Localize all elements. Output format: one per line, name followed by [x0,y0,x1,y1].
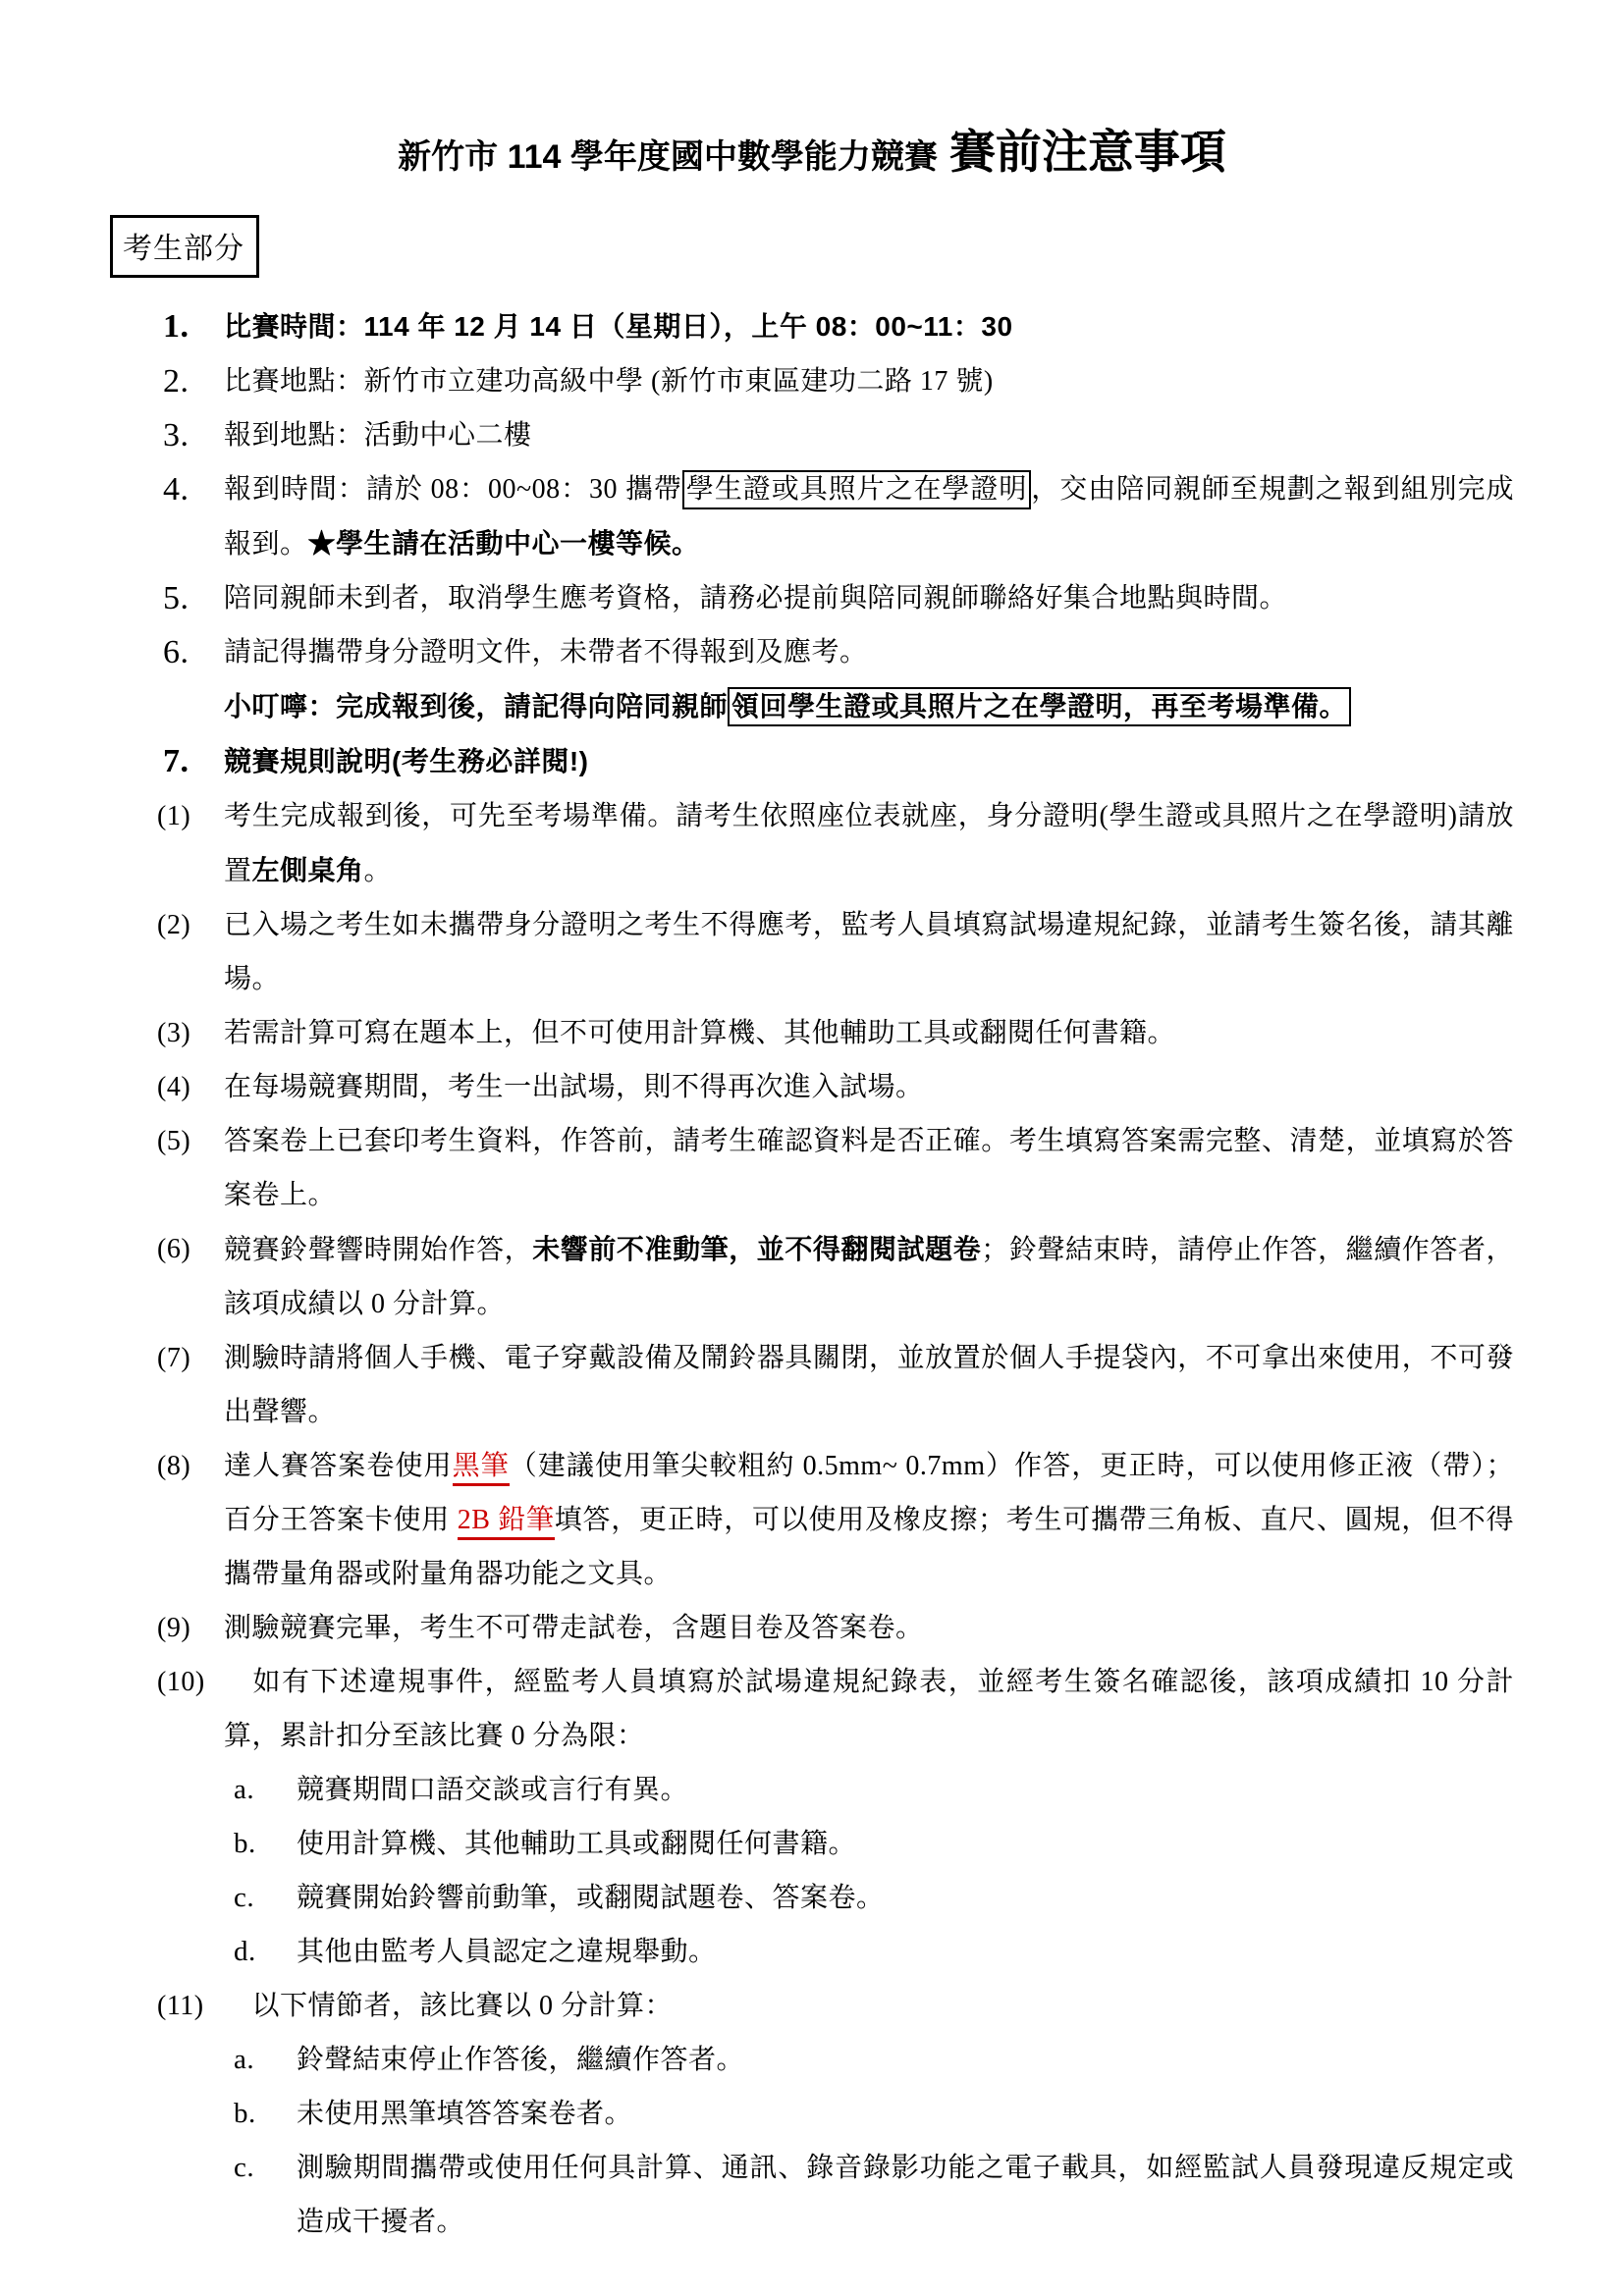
list-item: (9)測驗競賽完畢，考生不可帶走試卷，含題目卷及答案卷。 [0,1601,1514,1655]
item-text: 答案卷上已套印考生資料，作答前，請考生確認資料是否正確。考生填寫答案需完整、清楚… [224,1126,1514,1210]
text-segment: 使用計算機、其他輔助工具或翻閱任何書籍。 [297,1829,856,1859]
styled-segment: 未響前不准動筆，並不得翻閱試題卷 [532,1234,981,1264]
item-marker: (2) [157,898,190,952]
item-text: 測驗競賽完畢，考生不可帶走試卷，含題目卷及答案卷。 [224,1613,924,1643]
text-segment: 競賽開始鈴響前動筆，或翻閱試題卷、答案卷。 [297,1883,885,1913]
list-item: b.未使用黑筆填答答案卷者。 [0,2087,1514,2141]
item-text: 比賽地點：新竹市立建功高級中學 (新竹市東區建功二路 17 號) [224,366,994,397]
item-text: 競賽期間口語交談或言行有異。 [297,1775,688,1805]
item-text: 如有下述違規事件，經監考人員填寫於試場違規紀錄表，並經考生簽名確認後，該項成績扣… [224,1667,1514,1751]
text-segment: 以下情節者，該比賽以 0 分計算： [224,1991,673,2021]
document-page: 新竹市 114 學年度國中數學能力競賽賽前注意事項 考生部分 1.比賽時間：11… [0,0,1624,2296]
item-marker: a. [234,1763,254,1817]
list-item: d.其他由監考人員認定之違規舉動。 [0,1925,1514,1979]
styled-segment: 領回學生證或具照片之在學證明，再至考場準備。 [728,687,1351,726]
text-segment: 比賽時間：114 年 12 月 14 日（星期日），上午 08：00~11：30 [224,311,1013,342]
item-text: 請記得攜帶身分證明文件，未帶者不得報到及應考。 [224,637,868,667]
item-text: 陪同親師未到者，取消學生應考資格，請務必提前與陪同親師聯絡好集合地點與時間。 [224,583,1287,614]
list-item: (4)在每場競賽期間，考生一出試場，則不得再次進入試場。 [0,1060,1514,1114]
text-segment: 。 [364,856,393,886]
item-marker: 1. [163,299,189,353]
title-main: 新竹市 114 學年度國中數學能力競賽 [398,138,938,176]
list-item: (2)已入場之考生如未攜帶身分證明之考生不得應考，監考人員填寫試場違規紀錄，並請… [0,898,1514,1006]
text-segment: 競賽期間口語交談或言行有異。 [297,1775,688,1805]
item-text: 報到地點：活動中心二樓 [224,420,532,451]
item-marker: (10) [157,1655,205,1709]
list-item: c.競賽開始鈴響前動筆，或翻閱試題卷、答案卷。 [0,1871,1514,1925]
item-text: 競賽鈴聲響時開始作答，未響前不准動筆，並不得翻閱試題卷；鈴聲結束時，請停止作答，… [224,1235,1514,1319]
list-item: (11) 以下情節者，該比賽以 0 分計算： [0,1979,1514,2033]
item-marker: a. [234,2033,254,2087]
text-segment: 陪同親師未到者，取消學生應考資格，請務必提前與陪同親師聯絡好集合地點與時間。 [224,583,1287,614]
item-text: 鈴聲結束停止作答後，繼續作答者。 [297,2045,744,2075]
list-item: b.使用計算機、其他輔助工具或翻閱任何書籍。 [0,1817,1514,1871]
item-marker: 6. [163,625,189,679]
item-marker: 3. [163,408,189,462]
list-item: (10) 如有下述違規事件，經監考人員填寫於試場違規紀錄表，並經考生簽名確認後，… [0,1655,1514,1763]
item-marker: (7) [157,1331,190,1385]
item-marker: 5. [163,571,189,625]
list-item: 5.陪同親師未到者，取消學生應考資格，請務必提前與陪同親師聯絡好集合地點與時間。 [0,571,1514,625]
list-item: a.競賽期間口語交談或言行有異。 [0,1763,1514,1817]
list-item: (6)競賽鈴聲響時開始作答，未響前不准動筆，並不得翻閱試題卷；鈴聲結束時，請停止… [0,1222,1514,1331]
list-item: (7)測驗時請將個人手機、電子穿戴設備及鬧鈴器具關閉，並放置於個人手提袋內，不可… [0,1331,1514,1439]
text-segment: 答案卷上已套印考生資料，作答前，請考生確認資料是否正確。考生填寫答案需完整、清楚… [224,1126,1514,1210]
item-marker: (11) [157,1979,204,2033]
page-title: 新竹市 114 學年度國中數學能力競賽賽前注意事項 [0,0,1624,193]
styled-segment: ★學生請在活動中心一樓等候。 [308,528,700,559]
text-segment: 達人賽答案卷使用 [224,1451,453,1481]
item-text: 未使用黑筆填答答案卷者。 [297,2099,632,2129]
item-marker: c. [234,2141,254,2195]
text-segment: 請記得攜帶身分證明文件，未帶者不得報到及應考。 [224,637,868,667]
item-marker: b. [234,1817,256,1871]
list-item: (3)若需計算可寫在題本上，但不可使用計算機、其他輔助工具或翻閱任何書籍。 [0,1006,1514,1060]
item-text: 測驗期間攜帶或使用任何具計算、通訊、錄音錄影功能之電子載具，如經監試人員發現違反… [297,2153,1514,2237]
text-segment: 若需計算可寫在題本上，但不可使用計算機、其他輔助工具或翻閱任何書籍。 [224,1018,1175,1048]
text-segment: 測驗時請將個人手機、電子穿戴設備及鬧鈴器具關閉，並放置於個人手提袋內，不可拿出來… [224,1343,1514,1427]
text-segment: 比賽地點：新竹市立建功高級中學 (新竹市東區建功二路 17 號) [224,366,994,397]
item-marker: (5) [157,1114,190,1168]
item-text: 報到時間：請於 08：00~08：30 攜帶學生證或具照片之在學證明，交由陪同親… [224,474,1514,560]
item-marker: (8) [157,1439,190,1493]
item-marker: d. [234,1925,256,1979]
item-text: 競賽規則說明(考生務必詳閱!) [224,746,588,776]
item-text: 競賽開始鈴響前動筆，或翻閱試題卷、答案卷。 [297,1883,885,1913]
item-text: 考生完成報到後，可先至考場準備。請考生依照座位表就座，身分證明(學生證或具照片之… [224,801,1514,886]
section-label-box: 考生部分 [110,215,259,278]
item-text: 測驗時請將個人手機、電子穿戴設備及鬧鈴器具關閉，並放置於個人手提袋內，不可拿出來… [224,1343,1514,1427]
item-text: 使用計算機、其他輔助工具或翻閱任何書籍。 [297,1829,856,1859]
item-text: 比賽時間：114 年 12 月 14 日（星期日），上午 08：00~11：30 [224,311,1013,342]
text-segment: 報到時間：請於 08：00~08：30 攜帶 [224,474,682,505]
item-marker: (6) [157,1222,190,1276]
item-text: 達人賽答案卷使用黑筆（建議使用筆尖較粗約 0.5mm~ 0.7mm）作答，更正時… [224,1451,1514,1589]
list-item: 2.比賽地點：新竹市立建功高級中學 (新竹市東區建功二路 17 號) [0,354,1514,408]
text-segment: 考生完成報到後，可先至考場準備。請考生依照座位表就座，身分證明(學生證或具照片之… [224,801,1514,886]
text-segment: 已入場之考生如未攜帶身分證明之考生不得應考，監考人員填寫試場違規紀錄，並請考生簽… [224,910,1514,994]
list-item: 4.報到時間：請於 08：00~08：30 攜帶學生證或具照片之在學證明，交由陪… [0,462,1514,571]
item-text: 已入場之考生如未攜帶身分證明之考生不得應考，監考人員填寫試場違規紀錄，並請考生簽… [224,910,1514,994]
text-segment: 測驗期間攜帶或使用任何具計算、通訊、錄音錄影功能之電子載具，如經監試人員發現違反… [297,2153,1514,2237]
styled-segment: 左側桌角 [252,855,364,885]
notice-list: 1.比賽時間：114 年 12 月 14 日（星期日），上午 08：00~11：… [0,299,1624,2249]
item-text: 以下情節者，該比賽以 0 分計算： [224,1991,673,2021]
item-marker: b. [234,2087,256,2141]
item-marker: 2. [163,354,189,408]
text-segment: 競賽規則說明(考生務必詳閱!) [224,746,588,776]
text-segment: 測驗競賽完畢，考生不可帶走試卷，含題目卷及答案卷。 [224,1613,924,1643]
item-marker: (3) [157,1006,190,1060]
styled-segment: 學生證或具照片之在學證明 [682,470,1031,509]
list-item: (5)答案卷上已套印考生資料，作答前，請考生確認資料是否正確。考生填寫答案需完整… [0,1114,1514,1222]
list-item: (1)考生完成報到後，可先至考場準備。請考生依照座位表就座，身分證明(學生證或具… [0,789,1514,898]
text-segment: 其他由監考人員認定之違規舉動。 [297,1937,717,1967]
list-item: c.測驗期間攜帶或使用任何具計算、通訊、錄音錄影功能之電子載具，如經監試人員發現… [0,2141,1514,2249]
list-item: 1.比賽時間：114 年 12 月 14 日（星期日），上午 08：00~11：… [0,299,1514,354]
text-segment: 在每場競賽期間，考生一出試場，則不得再次進入試場。 [224,1072,924,1102]
list-item: 7.競賽規則說明(考生務必詳閱!) [0,734,1514,789]
list-item: (8)達人賽答案卷使用黑筆（建議使用筆尖較粗約 0.5mm~ 0.7mm）作答，… [0,1439,1514,1601]
text-segment: 鈴聲結束停止作答後，繼續作答者。 [297,2045,744,2075]
note-line: 小叮嚀：完成報到後，請記得向陪同親師領回學生證或具照片之在學證明，再至考場準備。 [0,679,1514,734]
item-marker: (9) [157,1601,190,1655]
text-segment: 未使用黑筆填答答案卷者。 [297,2099,632,2129]
item-text: 其他由監考人員認定之違規舉動。 [297,1937,717,1967]
item-text: 小叮嚀：完成報到後，請記得向陪同親師領回學生證或具照片之在學證明，再至考場準備。 [224,692,1351,722]
item-marker: c. [234,1871,254,1925]
list-item: 6.請記得攜帶身分證明文件，未帶者不得報到及應考。 [0,625,1514,679]
item-text: 在每場競賽期間，考生一出試場，則不得再次進入試場。 [224,1072,924,1102]
item-marker: 7. [163,734,189,788]
item-text: 若需計算可寫在題本上，但不可使用計算機、其他輔助工具或翻閱任何書籍。 [224,1018,1175,1048]
item-marker: (4) [157,1060,190,1114]
title-emphasis: 賽前注意事項 [949,126,1226,178]
section-label: 考生部分 [123,233,244,265]
styled-segment: 2B 鉛筆 [458,1505,555,1540]
list-item: a.鈴聲結束停止作答後，繼續作答者。 [0,2033,1514,2087]
text-segment: 競賽鈴聲響時開始作答， [224,1235,532,1265]
styled-segment: 黑筆 [453,1451,510,1486]
text-segment: 報到地點：活動中心二樓 [224,420,532,451]
list-item: 3.報到地點：活動中心二樓 [0,408,1514,462]
item-marker: (1) [157,789,190,843]
styled-segment: 小叮嚀：完成報到後，請記得向陪同親師 [224,691,728,721]
item-marker: 4. [163,462,189,516]
text-segment: 如有下述違規事件，經監考人員填寫於試場違規紀錄表，並經考生簽名確認後，該項成績扣… [224,1667,1514,1751]
